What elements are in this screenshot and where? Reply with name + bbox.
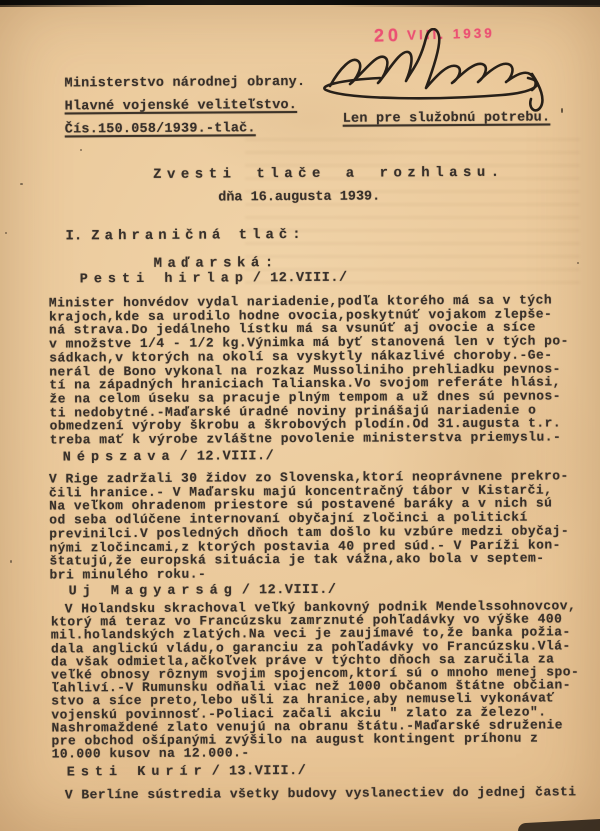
newspaper-name: Népszava xyxy=(63,450,176,466)
article-text: V Berlíne sústredia všetky budovy vyslan… xyxy=(65,785,600,802)
subsection-heading: Maďarská: xyxy=(154,255,279,272)
newspaper-name: Uj Magyarság xyxy=(69,583,238,599)
document-date: dňa 16.augusta 1939. xyxy=(218,190,380,206)
reference-number: Čís.150.058/1939.-tlač. xyxy=(65,117,306,141)
document-title: Zvesti tlače a rozhlasu. xyxy=(153,165,505,183)
article-date: / 12.VIII./ xyxy=(253,271,348,287)
article-text: V Rige zadržali 30 židov zo Slovenska,kt… xyxy=(49,469,590,582)
article-text: Minister honvédov vydal nariadenie,podľa… xyxy=(49,293,590,447)
classification-note: Len pre služobnú potrebu. xyxy=(343,110,551,126)
section-heading: I.Zahraničná tlač: xyxy=(65,227,305,244)
article-source-heading: Esti Kurír/ 13.VIII./ xyxy=(67,764,307,780)
article-date: / 13.VIII./ xyxy=(212,764,307,780)
article-date: / 12.VIII./ xyxy=(242,583,337,599)
article-date: / 12.VIII./ xyxy=(180,449,275,465)
article-source-heading: Pesti hirlap/ 12.VIII./ xyxy=(80,271,348,288)
ministry-line: Ministerstvo národnej obrany. xyxy=(64,71,305,95)
article-text: V Holandsku skrachoval veľký bankovný po… xyxy=(51,599,592,761)
scanned-document-page: 20 VIII. 1939 Ministerstvo národnej obra… xyxy=(0,0,600,831)
article-source-heading: Népszava/ 12.VIII./ xyxy=(63,449,275,465)
newspaper-name: Pesti hirlap xyxy=(80,271,249,287)
article-source-heading: Uj Magyarság/ 12.VIII./ xyxy=(69,583,337,600)
command-line: Hlavné vojenské veliteľstvo. xyxy=(65,94,306,118)
section-title: Zahraničná tlač: xyxy=(91,227,306,244)
section-numeral: I. xyxy=(65,228,82,244)
newspaper-name: Esti Kurír xyxy=(67,765,208,781)
letterhead: Ministerstvo národnej obrany. Hlavné voj… xyxy=(64,71,305,141)
